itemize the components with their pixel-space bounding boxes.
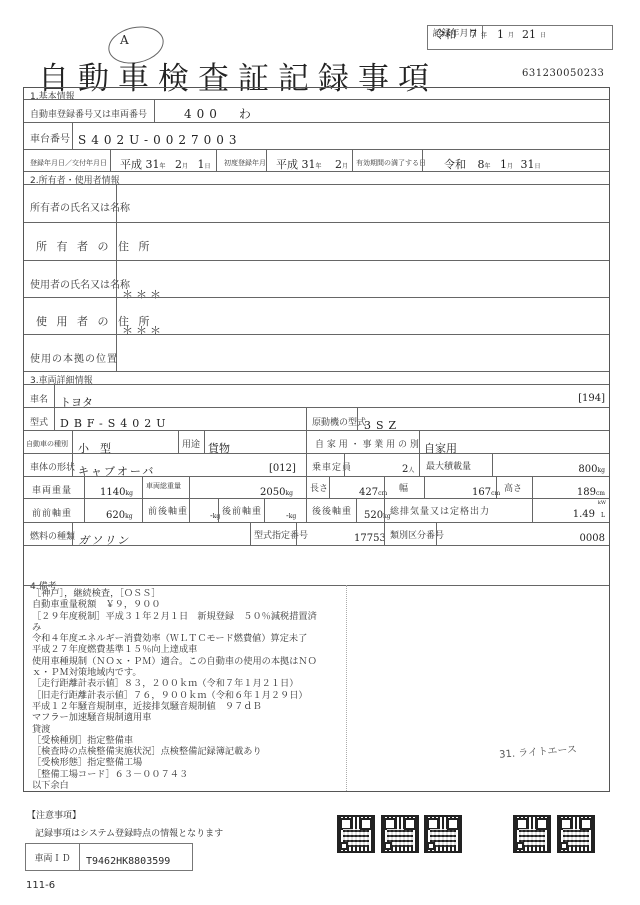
chassis-number-label: 車台番号 — [30, 130, 70, 145]
front-front-axle: 620kg — [106, 510, 133, 521]
registration-date: 平成 31年 2月 1日 — [120, 156, 211, 172]
expiry-date: 令和 8年 1月 31日 — [444, 156, 541, 172]
qr-code-icon — [381, 815, 419, 853]
capacity-label: 乗車定員 — [312, 460, 352, 473]
car-name-code: [194] — [578, 393, 605, 404]
usage-label: 用途 — [182, 437, 200, 450]
registration-date-label: 登録年月日／交付年月日 — [30, 158, 107, 168]
owner-address-label: 所 有 者 の 住 所 — [36, 238, 152, 254]
vehicle-weight: 1140kg — [100, 487, 133, 498]
year-unit: 年 — [481, 30, 487, 39]
private-business-label: 自 家 用 ・ 事 業 用 の 別 — [315, 437, 419, 450]
annotation-letter: A — [120, 33, 129, 47]
rear-front-axle: -kg — [286, 511, 296, 520]
model: DBF-S402U — [60, 417, 171, 430]
front-front-axle-label: 前前軸重 — [32, 506, 72, 519]
notice-text: 記録事項はシステム登録時点の情報となります — [35, 826, 223, 839]
rear-rear-axle-label: 後後軸重 — [312, 504, 352, 517]
qr-code-icon — [513, 815, 551, 853]
owner-name-label: 所有者の氏名又は名称 — [30, 199, 130, 214]
certificate-number: 631230050233 — [522, 68, 604, 79]
user-address: ＊＊＊ — [122, 322, 164, 338]
handwritten-note: 31. ライトエース — [499, 740, 578, 760]
vehicle-id-box: 車両ＩＤ T9462HK8803599 — [25, 843, 193, 871]
vehicle-weight-label: 車両重量 — [32, 483, 72, 496]
day-unit: 日 — [540, 30, 546, 39]
section-basic-info-title: 1.基本情報 — [30, 89, 75, 102]
rear-rear-axle: 520kg — [364, 510, 391, 521]
month-unit: 月 — [508, 30, 514, 39]
chassis-number: S402U-0027003 — [78, 133, 242, 147]
qr-code-icon — [337, 815, 375, 853]
gross-weight: 2050kg — [260, 487, 293, 498]
capacity: 2人 — [402, 464, 414, 475]
car-name-label: 車名 — [30, 392, 48, 405]
vehicle-type-label: 自動車の種別 — [26, 439, 68, 449]
remarks-text: ［神戸］，継続検査，［ＯＳＳ］ 自動車重量税額 ￥９，９００ ［２９年度税制］平… — [32, 588, 352, 791]
model-label: 型式 — [30, 415, 48, 428]
rear-front-axle-label: 後前軸重 — [222, 504, 262, 517]
notice-title: 【注意事項】 — [27, 808, 81, 821]
record-date-month: 1 — [497, 28, 504, 41]
form-number: 111-6 — [26, 880, 55, 891]
registration-number-label: 自動車登録番号又は車両番号 — [30, 107, 147, 120]
expiry-label: 有効期間の満了する日 — [356, 158, 426, 168]
qr-code-icon — [424, 815, 462, 853]
type-designation: 17753 — [354, 533, 386, 544]
displacement-label: 総排気量又は定格出力 — [390, 504, 490, 517]
vehicle-id: T9462HK8803599 — [80, 844, 192, 870]
registration-number: 400 わ — [184, 105, 256, 122]
width-label: 幅 — [399, 481, 408, 494]
user-name: ＊＊＊ — [122, 286, 164, 302]
user-name-label: 使用者の氏名又は名称 — [30, 276, 130, 291]
body-shape-label: 車体の形状 — [30, 460, 75, 473]
qr-code-icon — [557, 815, 595, 853]
length-label: 長さ — [310, 481, 328, 494]
max-load: 800kg — [578, 464, 605, 475]
body-shape-code: [012] — [269, 463, 296, 474]
base-location-label: 使用の本拠の位置 — [30, 350, 118, 365]
type-designation-label: 型式指定番号 — [254, 528, 308, 541]
length: 427cm — [359, 487, 387, 498]
record-date-value: 令和 7年 1月 21日 — [428, 26, 546, 42]
displacement-unit-kw: kW — [598, 500, 606, 506]
displacement: 1.49 — [573, 509, 595, 520]
displacement-unit-l: L — [601, 512, 605, 519]
max-load-label: 最大積載量 — [426, 459, 471, 472]
gross-weight-label: 車両総重量 — [146, 481, 181, 491]
record-table: 1.基本情報 自動車登録番号又は車両番号 400 わ 車台番号 S402U-00… — [23, 87, 610, 792]
vehicle-id-label: 車両ＩＤ — [26, 844, 80, 870]
category: 0008 — [580, 533, 605, 544]
record-date-era: 令和 — [434, 26, 456, 42]
fuel-label: 燃料の種類 — [30, 529, 75, 542]
height: 189cm — [577, 487, 605, 498]
height-label: 高さ — [504, 481, 522, 494]
front-rear-axle-label: 前後軸重 — [148, 504, 188, 517]
record-date-year: 7 — [470, 28, 477, 41]
first-registration-label: 初度登録年月 — [224, 158, 266, 168]
first-registration-date: 平成 31年 2月 — [276, 156, 348, 172]
record-date-box: 記録年月日 令和 7年 1月 21日 — [427, 25, 613, 50]
record-date-day: 21 — [522, 28, 536, 41]
